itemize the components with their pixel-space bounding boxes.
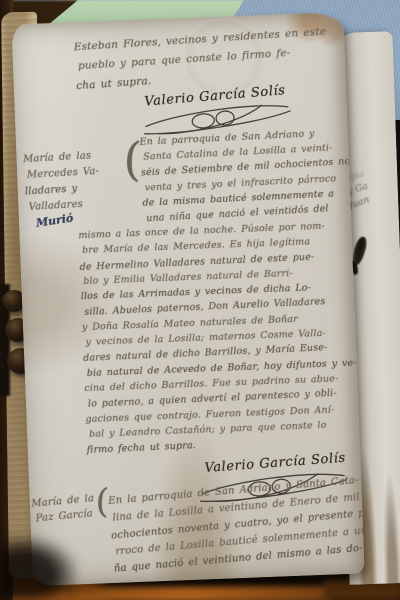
photograph-of-manuscript: Ulpia y Ga Juan Esteban Flores, vecinos … [0,0,400,600]
mercedes-entry-lower-text: mismo a las once de la noche. Púsole por… [78,218,357,458]
wood-table-edge [66,586,332,600]
paz-entry-text: En la parroquia de San Adriano y Santa C… [108,472,365,578]
manuscript-page: Esteban Flores, vecinos y residentes en … [11,12,364,586]
margin-name-mercedes: María de las Mercedes Va- lladares y Val… [23,146,130,216]
mercedes-entry-upper-text: En la parroquia de San Adriano y Santa C… [139,125,349,226]
previous-entry-closing-text: Esteban Flores, vecinos y residentes en … [73,22,338,95]
bottom-left-shadow [0,536,78,600]
